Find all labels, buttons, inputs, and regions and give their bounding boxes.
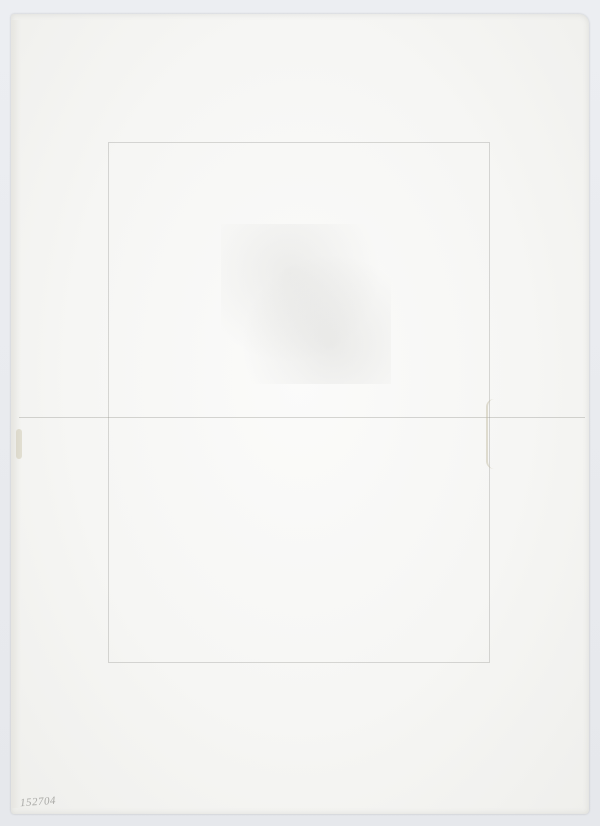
paper-sheet: 152704 [11, 14, 589, 814]
offset-speckle-area [221, 224, 391, 384]
water-stain-right [486, 399, 500, 469]
plate-mark-border [108, 142, 490, 663]
water-stain-left [16, 429, 22, 459]
horizontal-fold-line [19, 417, 585, 418]
handwritten-inventory-number: 152704 [20, 795, 57, 809]
sheet-edge-shadow [11, 20, 21, 808]
